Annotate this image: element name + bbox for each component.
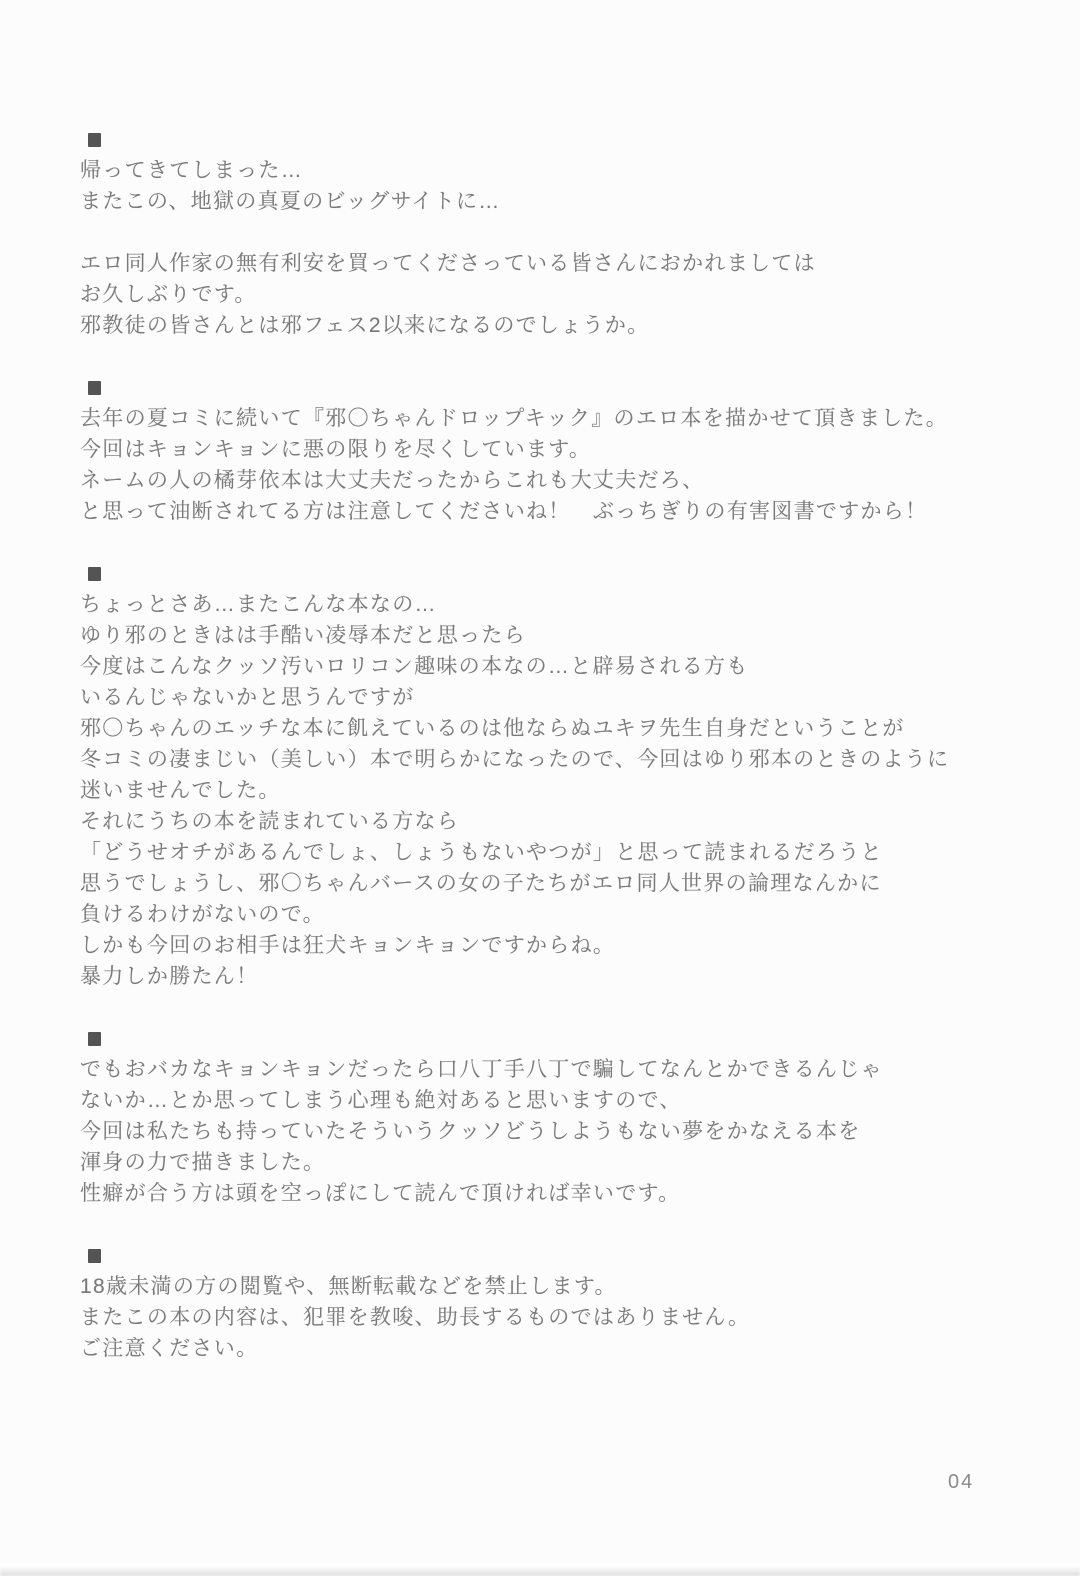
text-line: 「どうせオチがあるんでしょ、しょうもないやつが」と思って読まれるだろうと (80, 837, 1030, 868)
text-line: 今回は私たちも持っていたそういうクッソどうしようもない夢をかなえる本を (80, 1116, 1030, 1147)
text-line: ないか…とか思ってしまう心理も絶対あると思いますので、 (80, 1085, 1030, 1116)
section-4: でもおバカなキョンキョンだったら口八丁手八丁で騙してなんとかできるんじゃ ないか… (80, 1023, 1030, 1209)
text-line: 暴力しか勝たん！ (80, 961, 1030, 992)
text-line: またこの本の内容は、犯罪を教唆、助長するものではありません。 (80, 1302, 1030, 1333)
text-line: 帰ってきてしまった… (80, 155, 1030, 186)
text-line: 負けるわけがないので。 (80, 899, 1030, 930)
scan-edge-artifact (0, 1567, 1080, 1576)
text-line: ネームの人の橘芽依本は大丈夫だったからこれも大丈夫だろ、 (80, 465, 1030, 496)
text-line: 邪教徒の皆さんとは邪フェス2以来になるのでしょうか。 (80, 310, 1030, 341)
page-number: 04 (948, 1471, 974, 1494)
paragraph: ちょっとさあ…またこんな本なの… ゆり邪のときはは手酷い凌辱本だと思ったら 今度… (80, 589, 1030, 992)
text-line: しかも今回のお相手は狂犬キョンキョンですからね。 (80, 930, 1030, 961)
square-bullet-icon (88, 133, 101, 147)
text-line: 18歳未満の方の閲覧や、無断転載などを禁止します。 (80, 1271, 1030, 1302)
paragraph: エロ同人作家の無有利安を買ってくださっている皆さんにおかれましては お久しぶりで… (80, 248, 1030, 341)
text-line: 今回はキョンキョンに悪の限りを尽くしています。 (80, 434, 1030, 465)
text-line: 邪〇ちゃんのエッチな本に飢えているのは他ならぬユキヲ先生自身だということが (80, 713, 1030, 744)
text-line: ちょっとさあ…またこんな本なの… (80, 589, 1030, 620)
text-line: 冬コミの凄まじい（美しい）本で明らかになったので、今回はゆり邪本のときのように (80, 744, 1030, 775)
paragraph: 帰ってきてしまった… またこの、地獄の真夏のビッグサイトに… (80, 155, 1030, 217)
section-3: ちょっとさあ…またこんな本なの… ゆり邪のときはは手酷い凌辱本だと思ったら 今度… (80, 558, 1030, 992)
text-line: お久しぶりです。 (80, 279, 1030, 310)
text-line: 去年の夏コミに続いて『邪〇ちゃんドロップキック』のエロ本を描かせて頂きました。 (80, 403, 1030, 434)
text-line: いるんじゃないかと思うんですが (80, 682, 1030, 713)
section-2-marker-row (80, 372, 1030, 403)
text-line: と思って油断されてる方は注意してくださいね！ ぶっちぎりの有害図書ですから！ (80, 496, 1030, 527)
afterword-text-block: 帰ってきてしまった… またこの、地獄の真夏のビッグサイトに… エロ同人作家の無有… (80, 124, 1030, 1395)
section-5: 18歳未満の方の閲覧や、無断転載などを禁止します。 またこの本の内容は、犯罪を教… (80, 1240, 1030, 1364)
page: 帰ってきてしまった… またこの、地獄の真夏のビッグサイトに… エロ同人作家の無有… (0, 0, 1080, 1576)
section-3-marker-row (80, 558, 1030, 589)
text-line: ご注意ください。 (80, 1333, 1030, 1364)
square-bullet-icon (88, 1032, 101, 1046)
text-line: 渾身の力で描きました。 (80, 1147, 1030, 1178)
text-line: 性癖が合う方は頭を空っぽにして読んで頂ければ幸いです。 (80, 1178, 1030, 1209)
section-4-marker-row (80, 1023, 1030, 1054)
section-5-marker-row (80, 1240, 1030, 1271)
section-1-marker-row (80, 124, 1030, 155)
section-1: 帰ってきてしまった… またこの、地獄の真夏のビッグサイトに… エロ同人作家の無有… (80, 124, 1030, 341)
paragraph: 18歳未満の方の閲覧や、無断転載などを禁止します。 またこの本の内容は、犯罪を教… (80, 1271, 1030, 1364)
paragraph: 去年の夏コミに続いて『邪〇ちゃんドロップキック』のエロ本を描かせて頂きました。 … (80, 403, 1030, 527)
square-bullet-icon (88, 381, 101, 395)
text-line: 思うでしょうし、邪〇ちゃんバースの女の子たちがエロ同人世界の論理なんかに (80, 868, 1030, 899)
section-2: 去年の夏コミに続いて『邪〇ちゃんドロップキック』のエロ本を描かせて頂きました。 … (80, 372, 1030, 527)
paragraph: でもおバカなキョンキョンだったら口八丁手八丁で騙してなんとかできるんじゃ ないか… (80, 1054, 1030, 1209)
text-line: エロ同人作家の無有利安を買ってくださっている皆さんにおかれましては (80, 248, 1030, 279)
square-bullet-icon (88, 567, 101, 581)
text-line: 迷いませんでした。 (80, 775, 1030, 806)
text-line: それにうちの本を読まれている方なら (80, 806, 1030, 837)
text-line: でもおバカなキョンキョンだったら口八丁手八丁で騙してなんとかできるんじゃ (80, 1054, 1030, 1085)
square-bullet-icon (88, 1249, 101, 1263)
text-line: 今度はこんなクッソ汚いロリコン趣味の本なの…と辟易される方も (80, 651, 1030, 682)
text-line: ゆり邪のときはは手酷い凌辱本だと思ったら (80, 620, 1030, 651)
text-line: またこの、地獄の真夏のビッグサイトに… (80, 186, 1030, 217)
